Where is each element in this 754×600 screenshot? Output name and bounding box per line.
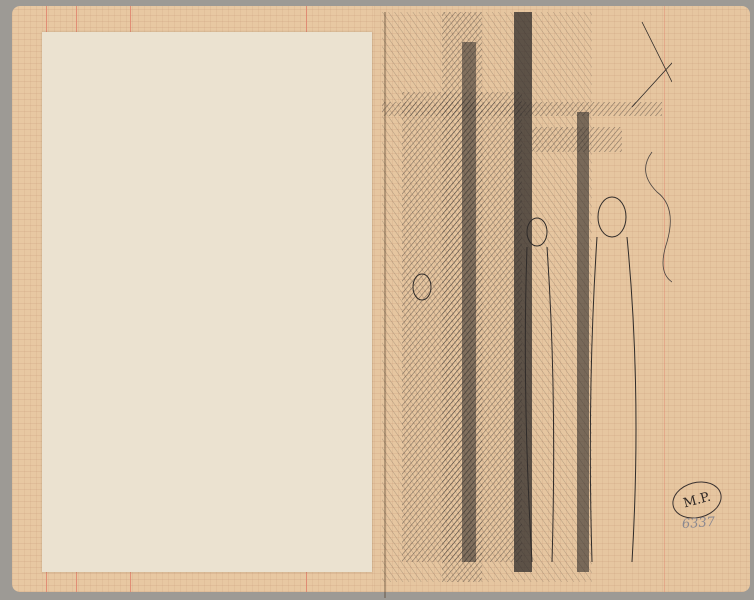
left-page: [12, 6, 374, 592]
blank-pasted-sheet: [42, 32, 372, 572]
cathedral-portal-sketch: [382, 12, 672, 582]
inventory-number: 6337: [682, 515, 716, 532]
sketchbook: [12, 6, 754, 594]
book-fold: [384, 12, 386, 598]
